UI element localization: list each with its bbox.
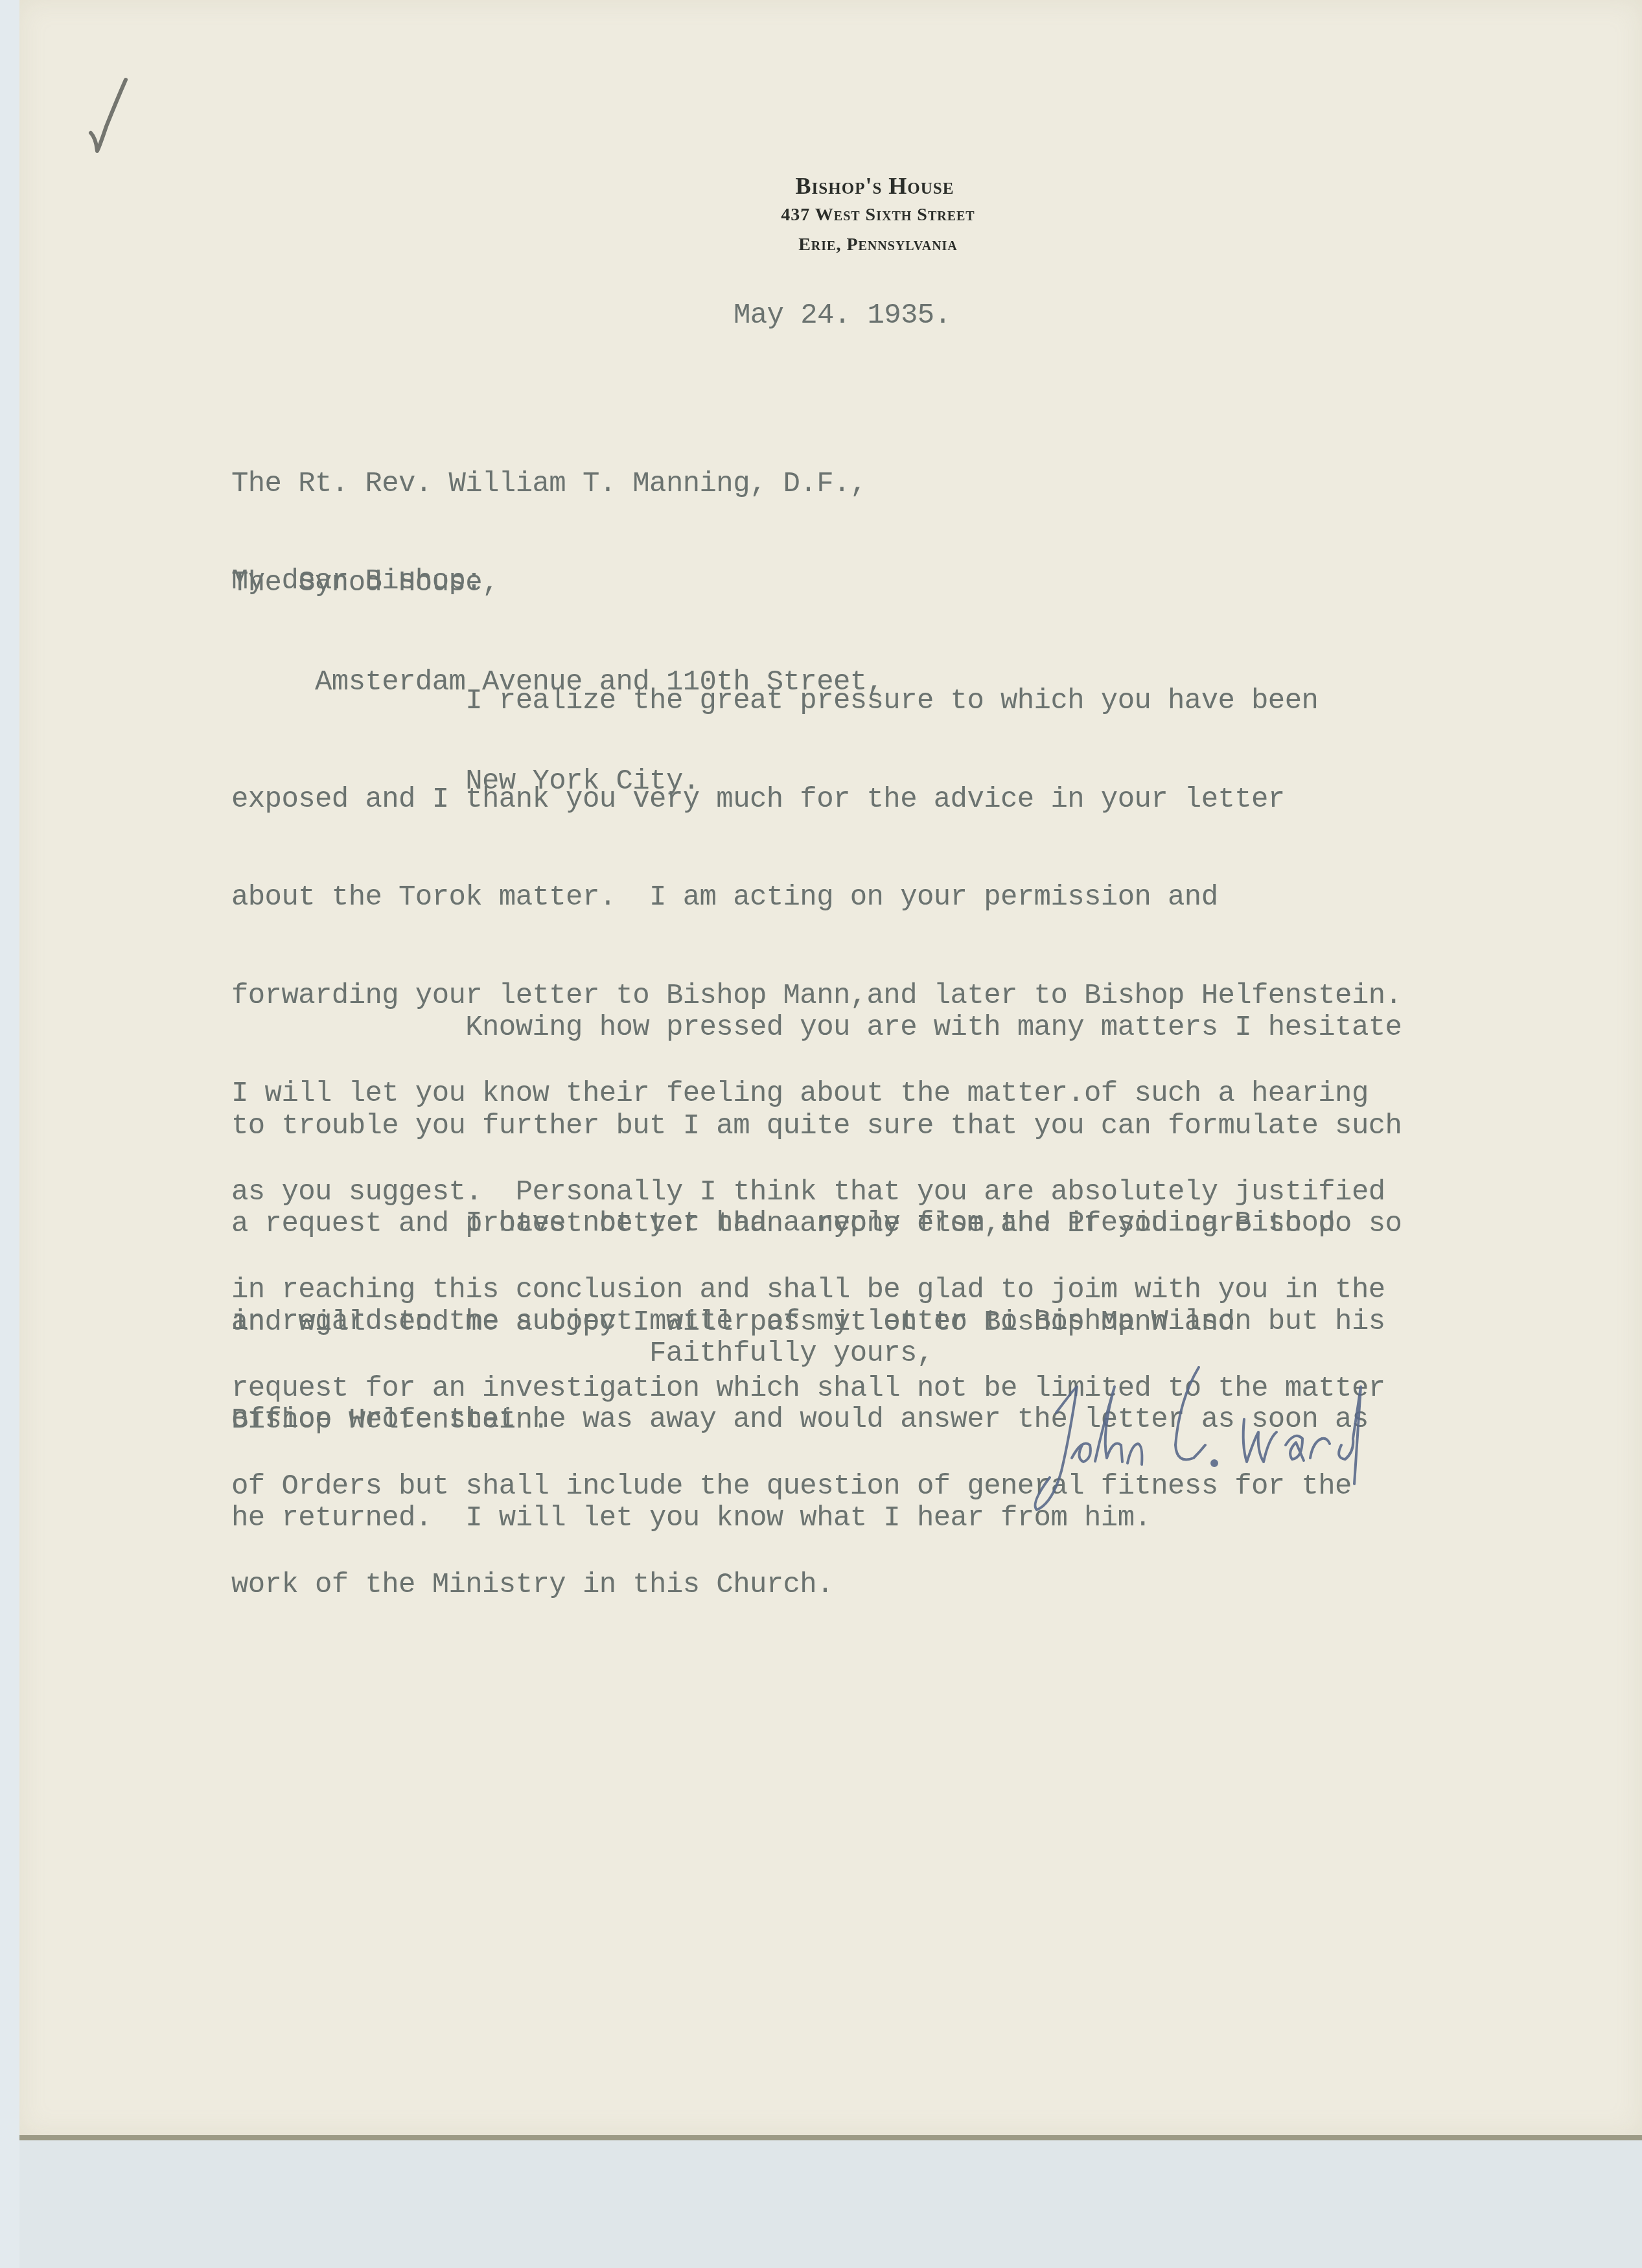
letterhead-street: 437 West Sixth Street [667,200,1089,230]
body-line: to trouble you further but I am quite su… [231,1110,1402,1143]
checkmark-icon [84,75,136,165]
body-line: about the Torok matter. I am acting on y… [231,881,1402,914]
salutation: My dear Bishop: [231,565,482,597]
body-line: Knowing how pressed you are with many ma… [231,1012,1402,1045]
signature [1030,1348,1432,1516]
letterhead-name: Bishop's House [661,172,1089,200]
letter-page: Bishop's House 437 West Sixth Street Eri… [19,0,1642,2140]
closing: Faithfully yours, [649,1337,934,1370]
body-line: exposed and I thank you very much for th… [231,783,1402,816]
signature-text: John C. Ward [19,0,20,1]
letterhead-city: Erie, Pennsylvania [667,230,1089,260]
letter-date: May 24. 1935. [734,299,951,332]
scanner-background-left [0,0,19,2268]
letterhead: Bishop's House 437 West Sixth Street Eri… [667,172,1089,260]
body-line: I have not yet had a reply from the Pres… [231,1207,1385,1240]
body-line: in regard to the subject matter of my le… [231,1306,1385,1339]
recipient-line: The Rt. Rev. William T. Manning, D.F., [231,468,883,501]
body-line: I realize the great pressure to which yo… [231,685,1402,718]
